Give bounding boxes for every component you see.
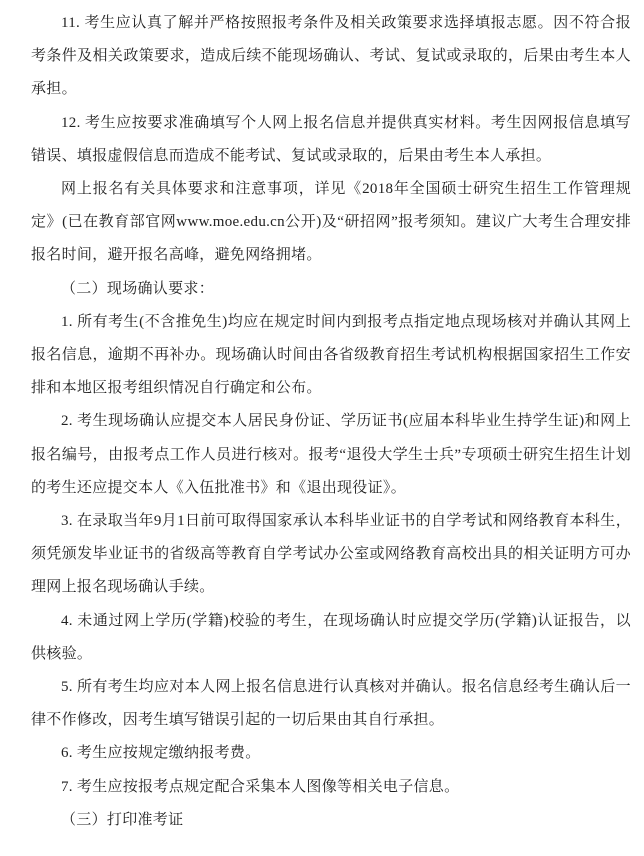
- section-2-item-6: 6. 考生应按规定缴纳报考费。: [31, 737, 631, 770]
- section-2-heading: （二）现场确认要求：: [31, 273, 631, 306]
- document-body: 11. 考生应认真了解并严格按照报考条件及相关政策要求选择填报志愿。因不符合报考…: [31, 7, 631, 837]
- section-2-item-2: 2. 考生现场确认应提交本人居民身份证、学历证书(应届本科毕业生持学生证)和网上…: [31, 405, 631, 505]
- online-registration-note: 网上报名有关具体要求和注意事项，详见《2018年全国硕士研究生招生工作管理规定》…: [31, 173, 631, 273]
- item-11: 11. 考生应认真了解并严格按照报考条件及相关政策要求选择填报志愿。因不符合报考…: [31, 7, 631, 107]
- section-2-item-1: 1. 所有考生(不含推免生)均应在规定时间内到报考点指定地点现场核对并确认其网上…: [31, 306, 631, 406]
- section-2-item-5: 5. 所有考生均应对本人网上报名信息进行认真核对并确认。报名信息经考生确认后一律…: [31, 671, 631, 737]
- section-2-item-4: 4. 未通过网上学历(学籍)校验的考生，在现场确认时应提交学历(学籍)认证报告，…: [31, 605, 631, 671]
- section-2-item-3: 3. 在录取当年9月1日前可取得国家承认本科毕业证书的自学考试和网络教育本科生，…: [31, 505, 631, 605]
- section-3-heading: （三）打印准考证: [31, 804, 631, 837]
- document-page: 11. 考生应认真了解并严格按照报考条件及相关政策要求选择填报志愿。因不符合报考…: [0, 0, 644, 856]
- item-12: 12. 考生应按要求准确填写个人网上报名信息并提供真实材料。考生因网报信息填写错…: [31, 107, 631, 173]
- section-2-item-7: 7. 考生应按报考点规定配合采集本人图像等相关电子信息。: [31, 771, 631, 804]
